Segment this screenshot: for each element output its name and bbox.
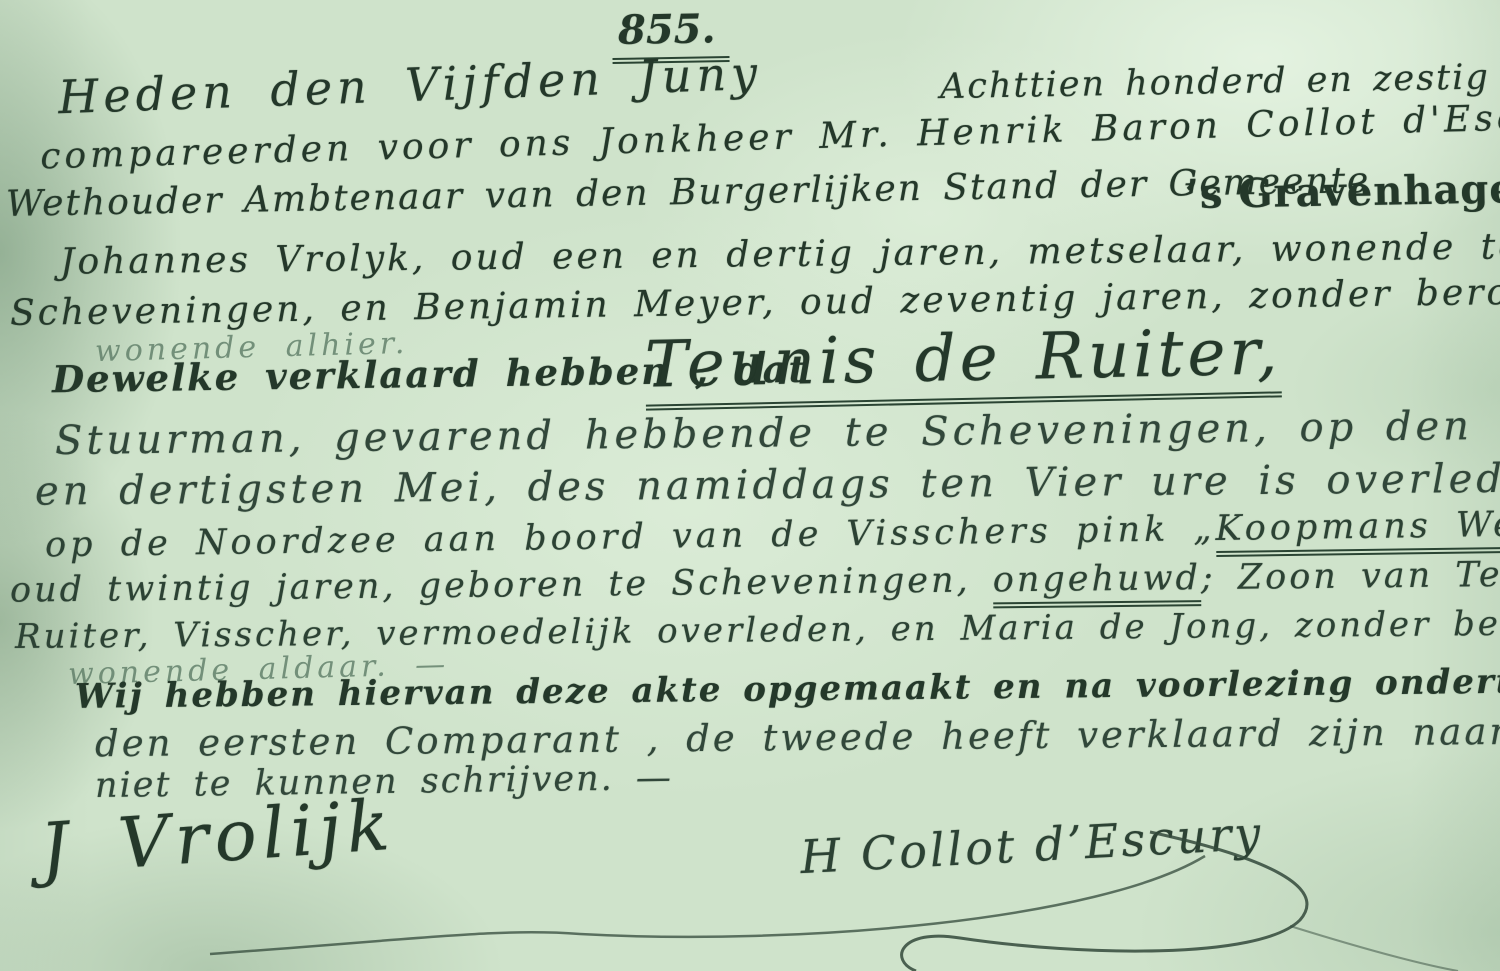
ship-name: Koopmans Welvaren”	[1215, 503, 1500, 557]
marital-status: ongehuwd	[993, 558, 1202, 608]
line-municipality-name: ’s Gravenhage ,	[1185, 165, 1500, 218]
scanned-death-record-page: 855. Heden den Vijfden Juny Achttien hon…	[0, 0, 1500, 971]
age-birthplace-text: oud twintig jaren, geboren te Schevening…	[10, 560, 993, 610]
line-first-comparant: den eersten Comparant , de tweede heeft …	[95, 710, 1500, 765]
death-location-text: op de Noordzee aan boord van de Visscher…	[45, 509, 1216, 565]
line-death-date-time: en dertigsten Mei, des namiddags ten Vie…	[35, 455, 1500, 514]
line-date-day: Heden den Vijfden Juny	[57, 46, 763, 125]
deceased-name: Teunis de Ruiter,	[644, 315, 1282, 402]
deceased-name-text: Teunis de Ruiter,	[644, 315, 1282, 410]
parentage-text: ; Zoon van Teunis de	[1201, 553, 1500, 598]
signature-flourish	[200, 828, 1460, 971]
line-occupation-place: Stuurman, gevarend hebbende te Schevenin…	[55, 402, 1500, 464]
line-parents: Ruiter, Visscher, vermoedelijk overleden…	[15, 603, 1500, 657]
